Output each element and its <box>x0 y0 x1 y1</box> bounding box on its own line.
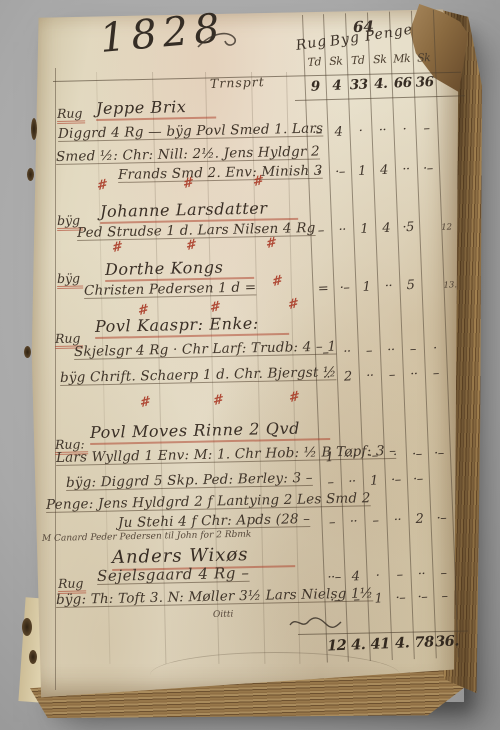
grid-cell: – <box>425 366 448 382</box>
grid-cell: ·– <box>329 164 352 180</box>
red-hash-mark: # <box>140 394 151 412</box>
grid-cell: = <box>312 281 334 297</box>
grid-cell: ·– <box>385 472 408 488</box>
grid-note <box>439 160 464 176</box>
grid-cell: 2 <box>337 369 360 385</box>
grid-row: –··1·–·– <box>320 470 480 491</box>
grid-row: –··–··–· <box>315 340 475 361</box>
grid-note <box>454 565 479 581</box>
grid-cell: 4 <box>375 221 398 237</box>
grid-note <box>450 445 475 461</box>
unit-header-cell: Mk <box>391 52 413 66</box>
grid-row: =·–1··513. <box>312 276 472 297</box>
red-hash-mark: # <box>112 239 123 257</box>
grid-cell: ·– <box>417 161 440 177</box>
entry-heading: Dorthe Kongs <box>105 257 254 282</box>
grid-cell <box>421 277 444 293</box>
grid-cell: – <box>321 515 343 531</box>
grid-cell: 4 <box>344 569 367 585</box>
grid-cell: 4. <box>391 634 414 652</box>
grid-note <box>451 470 476 486</box>
grid-cell: 9 <box>304 78 326 95</box>
grid-cell: ·– <box>430 511 453 527</box>
red-hash-mark: # <box>210 299 221 317</box>
handwriting-line: bÿg <box>57 270 83 289</box>
grid-row: ··–4·–··– <box>323 564 483 585</box>
grid-note <box>452 510 477 526</box>
stitch-hole <box>31 118 37 140</box>
grid-cell: ·– <box>428 446 451 462</box>
grid-cell: – <box>320 475 342 491</box>
grid-cell: 33 <box>347 76 370 93</box>
totals-flourish <box>288 614 344 632</box>
red-hash-mark: # <box>253 173 264 191</box>
stitch-hole <box>24 346 31 358</box>
unit-header-cell: Sk <box>369 53 391 67</box>
grid-cell: 4. <box>347 636 370 654</box>
grid-cell: 1 <box>351 163 374 179</box>
red-hash-mark: # <box>97 177 108 195</box>
grid-cell: ·· <box>386 512 409 528</box>
grid-cell: · <box>393 122 416 138</box>
ledger-photo: TdSkTdSkMkSk94334.6636·–4····–··–14···––… <box>0 0 500 730</box>
grid-cell: 2 <box>408 511 431 527</box>
grid-row: –··14·512 <box>310 218 470 239</box>
grid-cell: 1 <box>355 279 378 295</box>
grid-note <box>457 632 482 650</box>
grid-cell: – <box>388 567 411 583</box>
stitch-hole <box>22 618 32 636</box>
unit-header-cell: Td <box>304 55 325 69</box>
grid-cell: – <box>433 589 456 605</box>
grid-cell: 4 <box>325 77 348 94</box>
grid-cell: – <box>381 367 404 383</box>
grid-cell: ·· <box>377 278 400 294</box>
column-rule <box>345 13 371 661</box>
grid-cell: · <box>349 123 372 139</box>
grid-cell: – <box>415 121 438 137</box>
grid-cell: 36. <box>435 633 458 651</box>
handwriting-line: Sejelsgaard 4 Rg – <box>97 564 250 585</box>
grid-note <box>437 120 462 136</box>
red-hash-mark: # <box>288 296 299 314</box>
unit-header-cell: Sk <box>412 51 434 65</box>
grid-cell: · <box>366 568 389 584</box>
stitch-hole <box>27 168 34 181</box>
grid-cell: ·– <box>333 280 356 296</box>
grid-cell: ·· <box>336 344 359 360</box>
grid-cell: ·– <box>407 471 430 487</box>
handwriting-line: Rug <box>57 105 86 124</box>
grid-cell: ·· <box>359 368 382 384</box>
grid-cell: ·· <box>380 342 403 358</box>
column-rule <box>433 10 459 658</box>
grid-cell: 36 <box>413 74 436 91</box>
grid-row: ·–4····– <box>306 120 466 141</box>
handwriting-line: Oitti <box>213 610 234 620</box>
grid-note <box>446 340 471 356</box>
grid-cell: ·· <box>403 367 426 383</box>
grid-cell: 5 <box>399 278 422 294</box>
grid-cell: ·– <box>411 589 434 605</box>
entry-heading: Povl Kaaspr: Enke: <box>95 313 289 339</box>
grid-cell: 1 <box>353 221 376 237</box>
unit-header-row: TdSkTdSkMkSk <box>304 50 464 69</box>
grid-cell: ·· <box>341 474 364 490</box>
red-hash-mark: # <box>186 237 197 255</box>
grid-row: 124.414.7836. <box>326 631 487 654</box>
grid-cell: – <box>364 513 387 529</box>
red-hash-mark: # <box>138 302 149 320</box>
grid-cell: 1 <box>363 473 386 489</box>
grid-cell: ··– <box>323 570 345 586</box>
year-flourish <box>196 30 240 50</box>
grid-cell: – <box>432 566 455 582</box>
grid-cell: 41 <box>369 635 392 653</box>
grid-row: 94334.6636 <box>304 73 464 95</box>
grid-note <box>447 365 472 381</box>
grid-cell: 4. <box>369 76 392 93</box>
red-hash-mark: # <box>213 392 224 410</box>
transport-label: Trnsprt <box>210 74 265 91</box>
grid-row: –··–··2·– <box>321 509 481 530</box>
entry-heading: Jeppe Brix <box>96 96 217 121</box>
column-rule <box>367 12 393 660</box>
column-rule <box>411 11 437 659</box>
grid-cell: – <box>358 343 381 359</box>
unit-header-cell: Sk <box>325 54 347 68</box>
unit-header-cell: Td <box>347 53 369 67</box>
grid-note: 13. <box>443 276 468 292</box>
grid-note <box>455 588 480 604</box>
grid-cell: ·· <box>342 514 365 530</box>
column-rule <box>389 12 415 660</box>
grid-cell: 78 <box>413 633 436 651</box>
red-hash-mark: # <box>266 235 277 253</box>
grid-row: ··–14···– <box>308 160 468 181</box>
grid-note <box>435 73 460 90</box>
grid-cell: ·– <box>389 590 412 606</box>
grid-cell: – <box>402 342 425 358</box>
red-hash-mark: # <box>183 175 194 193</box>
grid-cell <box>419 219 442 235</box>
grid-cell: ·· <box>395 162 418 178</box>
grid-cell: 66 <box>391 75 414 92</box>
red-hash-mark: # <box>289 389 300 407</box>
grid-row: ··2··–··– <box>316 365 476 386</box>
stitch-hole <box>29 650 37 664</box>
grid-cell: ·5 <box>397 220 420 236</box>
grid-cell: · <box>424 341 447 357</box>
grid-note: 12 <box>441 218 466 234</box>
grid-cell: 4 <box>327 124 350 140</box>
grid-cell: 4 <box>373 163 396 179</box>
ruled-grid-layer: TdSkTdSkMkSk94334.6636·–4····–··–14···––… <box>302 9 487 663</box>
grid-cell: ·· <box>331 222 354 238</box>
grid-cell: ·– <box>406 446 429 462</box>
grid-cell: ·· <box>410 566 433 582</box>
red-hash-mark: # <box>272 273 283 291</box>
grid-cell: 12 <box>326 637 348 655</box>
grid-cell: ·· <box>371 123 394 139</box>
grid-cell <box>429 471 452 487</box>
